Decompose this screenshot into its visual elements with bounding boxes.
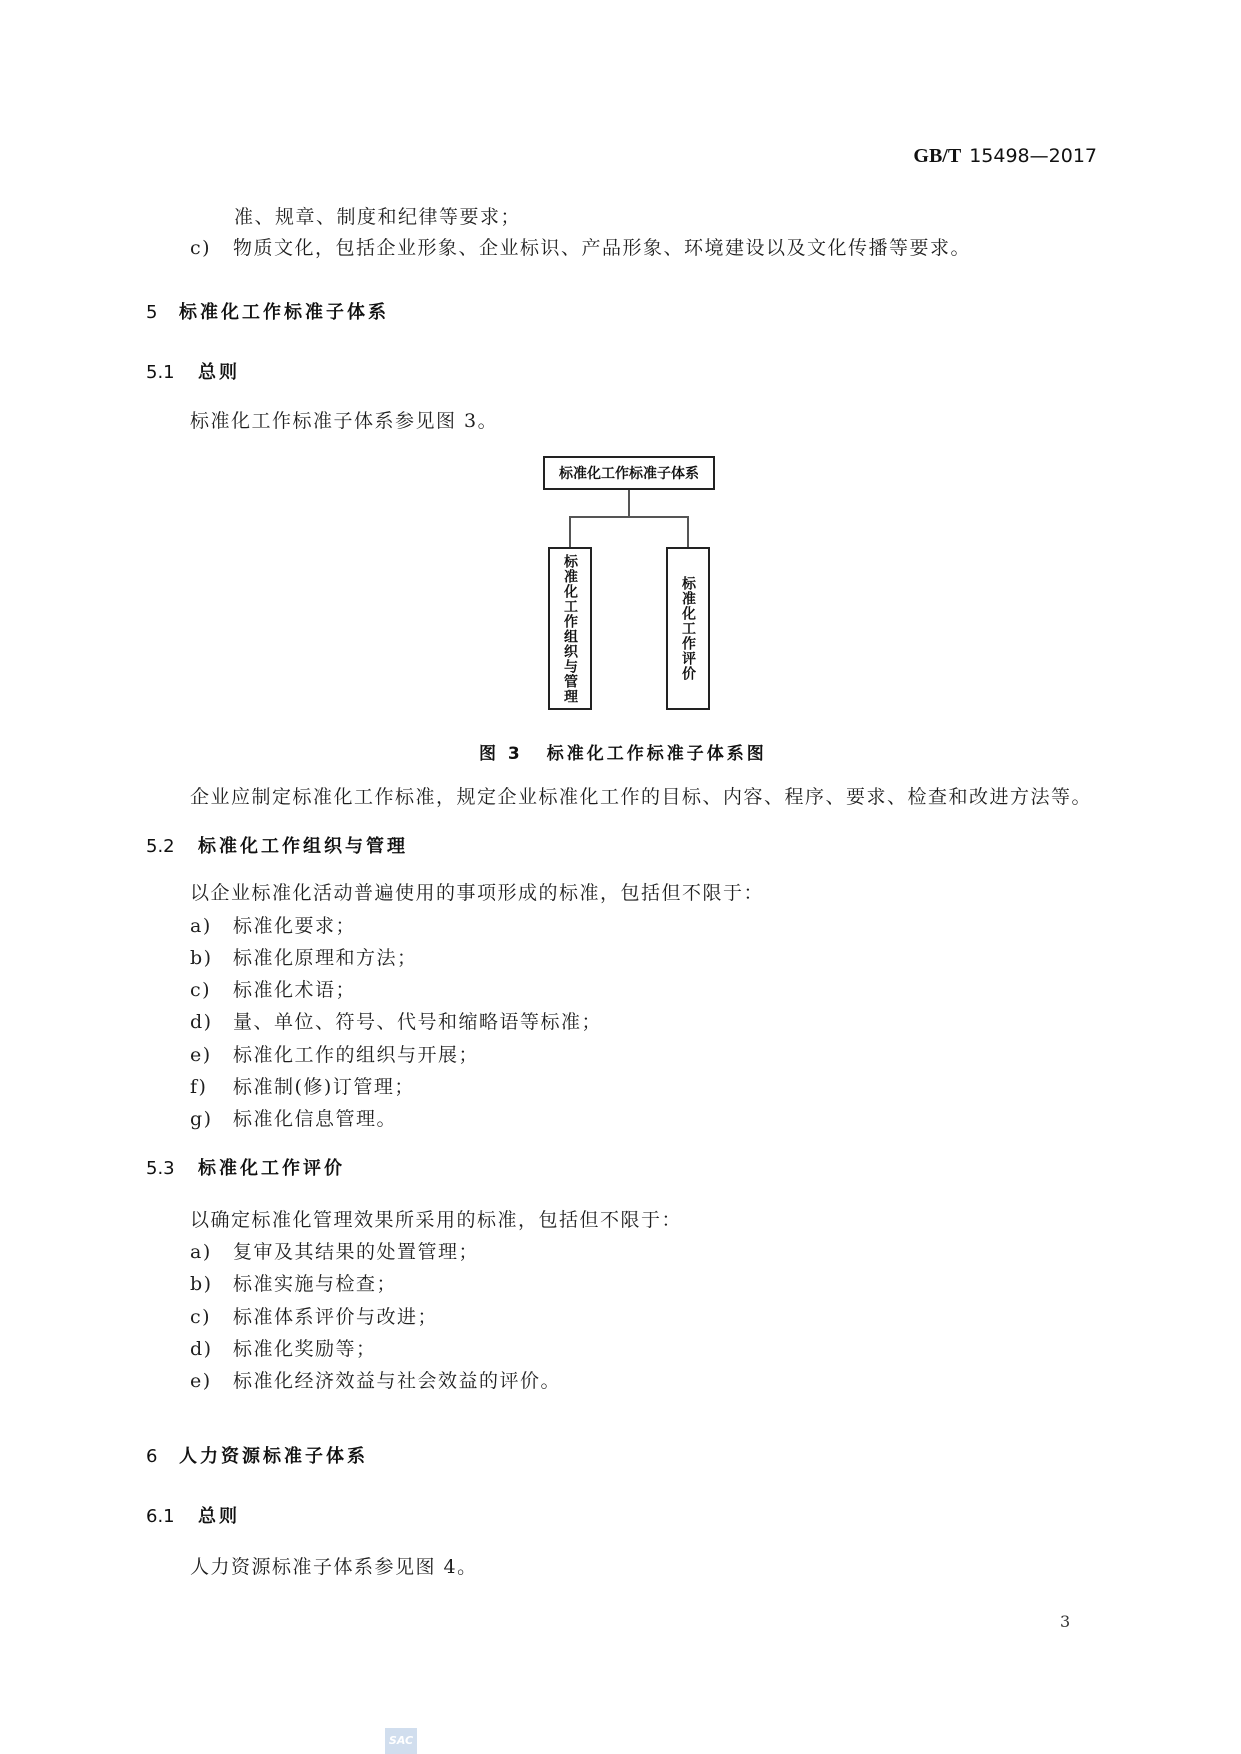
- section-number: 5.2: [146, 835, 198, 859]
- list-text: 量、单位、符号、代号和缩略语等标准；: [233, 1011, 602, 1033]
- list-label: g): [190, 1107, 233, 1131]
- section-title: 总则: [198, 362, 240, 383]
- section-title: 总则: [198, 1506, 240, 1527]
- diagram-connector: [628, 490, 630, 518]
- list-text: 标准实施与检查；: [233, 1273, 397, 1295]
- list-item: d)量、单位、符号、代号和缩略语等标准；: [190, 1010, 602, 1034]
- paragraph: 企业应制定标准化工作标准，规定企业标准化工作的目标、内容、程序、要求、检查和改进…: [190, 785, 1092, 809]
- paragraph: 以确定标准化管理效果所采用的标准，包括但不限于：: [190, 1208, 682, 1232]
- list-text: 标准化经济效益与社会效益的评价。: [233, 1370, 561, 1392]
- list-item: e)标准化工作的组织与开展；: [190, 1043, 479, 1067]
- list-label: d): [190, 1337, 233, 1361]
- list-text: 标准化要求；: [233, 915, 356, 937]
- continuation-line: 准、规章、制度和纪律等要求；: [234, 205, 521, 229]
- section-title: 标准化工作评价: [198, 1158, 345, 1179]
- section-heading-5-2: 5.2标准化工作组织与管理: [146, 835, 408, 859]
- list-text: 标准化原理和方法；: [233, 947, 418, 969]
- page-number: 3: [1060, 1612, 1070, 1631]
- list-item: d)标准化奖励等；: [190, 1337, 377, 1361]
- list-item: c)物质文化，包括企业形象、企业标识、产品形象、环境建设以及文化传播等要求。: [190, 236, 971, 260]
- list-label: d): [190, 1010, 233, 1034]
- list-label: b): [190, 946, 233, 970]
- list-item: b)标准化原理和方法；: [190, 946, 418, 970]
- list-label: c): [190, 236, 233, 260]
- section-number: 5: [146, 301, 179, 325]
- diagram-child-label: 标准化工作组织与管理: [560, 554, 580, 704]
- standard-prefix: GB/T: [913, 145, 961, 167]
- list-item: e)标准化经济效益与社会效益的评价。: [190, 1369, 561, 1393]
- list-label: c): [190, 1305, 233, 1329]
- list-item: f)标准制(修)订管理；: [190, 1075, 415, 1099]
- diagram-child-label: 标准化工作评价: [678, 576, 698, 681]
- list-item: a)复审及其结果的处置管理；: [190, 1240, 479, 1264]
- section-title: 标准化工作标准子体系: [179, 302, 389, 323]
- paragraph: 标准化工作标准子体系参见图 3。: [190, 409, 498, 433]
- sac-watermark-logo: SAC: [385, 1728, 417, 1754]
- section-number: 6: [146, 1445, 179, 1469]
- diagram-connector: [687, 516, 689, 548]
- list-label: b): [190, 1272, 233, 1296]
- figure-title: 标准化工作标准子体系图: [547, 744, 767, 764]
- figure-number: 图 3: [479, 744, 523, 764]
- list-text: 物质文化，包括企业形象、企业标识、产品形象、环境建设以及文化传播等要求。: [233, 237, 971, 259]
- section-number: 5.1: [146, 361, 198, 385]
- diagram-root-label: 标准化工作标准子体系: [559, 463, 699, 483]
- section-heading-5-1: 5.1总则: [146, 361, 240, 385]
- paragraph: 以企业标准化活动普遍使用的事项形成的标准，包括但不限于：: [190, 881, 764, 905]
- section-heading-6-1: 6.1总则: [146, 1505, 240, 1529]
- list-label: a): [190, 914, 233, 938]
- figure-caption: 图 3标准化工作标准子体系图: [479, 739, 767, 764]
- list-item: a)标准化要求；: [190, 914, 356, 938]
- list-text: 标准化工作的组织与开展；: [233, 1044, 479, 1066]
- diagram-child-box: 标准化工作组织与管理: [548, 547, 592, 710]
- list-text: 标准体系评价与改进；: [233, 1306, 438, 1328]
- list-text: 标准化奖励等；: [233, 1338, 377, 1360]
- list-item: g)标准化信息管理。: [190, 1107, 397, 1131]
- paragraph: 人力资源标准子体系参见图 4。: [190, 1555, 478, 1579]
- list-label: e): [190, 1043, 233, 1067]
- list-label: f): [190, 1075, 233, 1099]
- list-text: 复审及其结果的处置管理；: [233, 1241, 479, 1263]
- list-label: c): [190, 978, 233, 1002]
- section-heading-5-3: 5.3标准化工作评价: [146, 1157, 345, 1181]
- diagram-connector: [569, 516, 571, 548]
- section-heading-5: 5标准化工作标准子体系: [146, 301, 389, 325]
- diagram-connector: [569, 516, 689, 518]
- list-item: b)标准实施与检查；: [190, 1272, 397, 1296]
- list-text: 标准化术语；: [233, 979, 356, 1001]
- standard-number: 15498—2017: [969, 145, 1097, 167]
- standard-code-header: GB/T15498—2017: [913, 145, 1097, 168]
- section-heading-6: 6人力资源标准子体系: [146, 1445, 368, 1469]
- list-item: c)标准化术语；: [190, 978, 356, 1002]
- diagram-root-box: 标准化工作标准子体系: [543, 456, 715, 490]
- section-title: 人力资源标准子体系: [179, 1446, 368, 1467]
- list-text: 标准制(修)订管理；: [233, 1076, 415, 1098]
- list-label: e): [190, 1369, 233, 1393]
- diagram-child-box: 标准化工作评价: [666, 547, 710, 710]
- list-item: c)标准体系评价与改进；: [190, 1305, 438, 1329]
- list-label: a): [190, 1240, 233, 1264]
- section-number: 5.3: [146, 1157, 198, 1181]
- section-title: 标准化工作组织与管理: [198, 836, 408, 857]
- list-text: 标准化信息管理。: [233, 1108, 397, 1130]
- section-number: 6.1: [146, 1505, 198, 1529]
